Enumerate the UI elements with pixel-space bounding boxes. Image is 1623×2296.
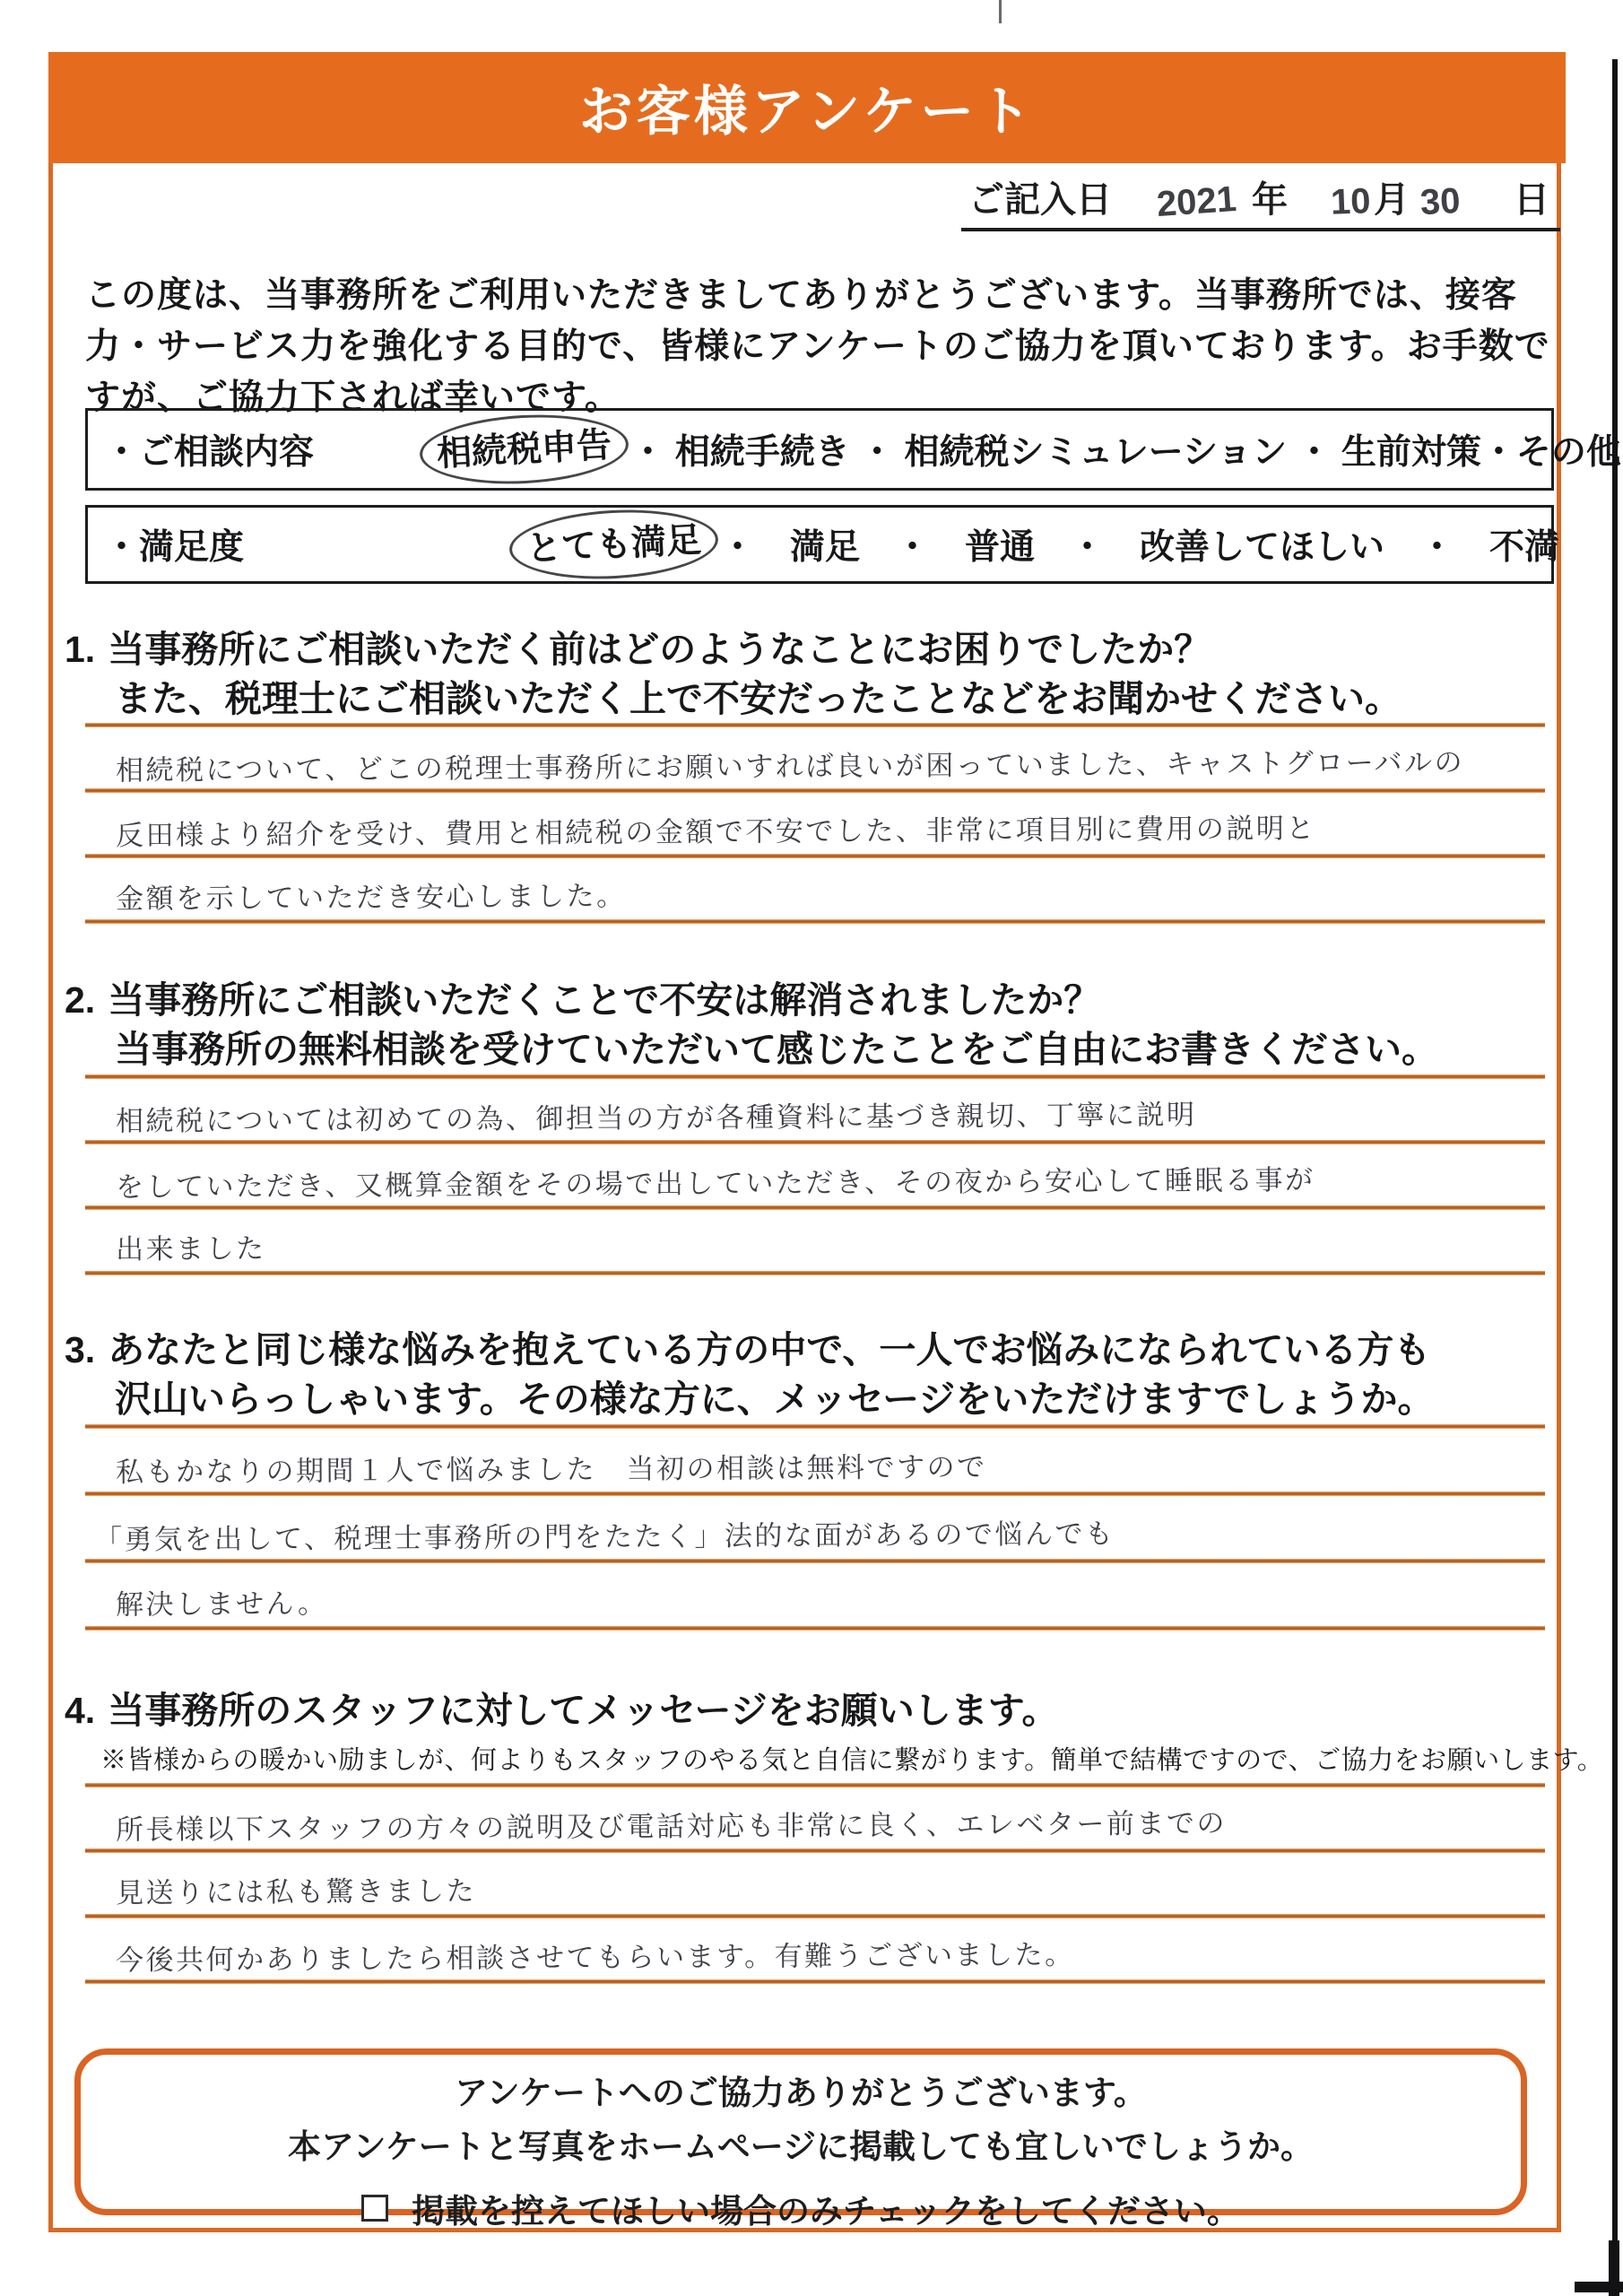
publish-optout-checkbox[interactable] — [361, 2195, 388, 2222]
answer-row: 反田様より紹介を受け、費用と相続税の金額で不安でした、非常に項目別に費用の説明と — [85, 793, 1545, 858]
publish-optout-label: 掲載を控えてほしい場合のみチェックをしてください。 — [412, 2184, 1240, 2232]
consultation-options: 相続税申告 ・ 相続手続き ・ 相続税シミュレーション ・ 生前対策・その他 — [420, 422, 1621, 476]
answer-area-3: 私もかなりの期間１人で悩みました 当初の相談は無料ですので 「勇気を出して、税理… — [85, 1424, 1545, 1631]
answer-row: 解決しません。 — [85, 1563, 1545, 1631]
handwritten-answer: 相続税については初めての為、御担当の方が各種資料に基づき親切、丁寧に説明 — [116, 1091, 1197, 1138]
date-day-unit: 日 — [1514, 171, 1549, 222]
footer-publish-question: 本アンケートと写真をホームページに掲載しても宜しいでしょうか。 — [81, 2119, 1521, 2168]
question-2-line2: 当事務所の無料相談を受けていただいて感じたことをご自由にお書きください。 — [65, 1025, 1438, 1074]
question-1: 1.当事務所にご相談いただく前はどのようなことにお困りでしたか？ また、税理士に… — [65, 625, 1402, 724]
question-4-note: ※皆様からの暖かい励ましが、何よりもスタッフのやる気と自信に繋がります。簡単で結… — [100, 1740, 1603, 1777]
question-2-number: 2. — [65, 976, 95, 1025]
satisfaction-box: ・満足度 とても満足 ・ 満足 ・ 普通 ・ 改善してほしい ・ 不満 — [85, 505, 1554, 584]
question-3-number: 3. — [65, 1326, 95, 1375]
answer-area-4: 所長様以下スタッフの方々の説明及び電話対応も非常に良く、エレベター前までの 見送… — [85, 1783, 1545, 1984]
answer-row: 所長様以下スタッフの方々の説明及び電話対応も非常に良く、エレベター前までの — [85, 1787, 1545, 1853]
handwritten-answer: 反田様より紹介を受け、費用と相続税の金額で不安でした、非常に項目別に費用の説明と — [116, 805, 1316, 853]
survey-scan-page: お客様アンケート ご記入日 2021 年 10 月 30 日 この度は、当事務所… — [0, 0, 1623, 2296]
consultation-other-options: ・ 相続手続き ・ 相続税シミュレーション ・ 生前対策・その他 — [630, 424, 1621, 474]
consultation-selected-circled: 相続税申告 — [418, 410, 630, 489]
answer-row: 見送りには私も驚きました — [85, 1853, 1545, 1918]
satisfaction-selected-circled: とても満足 — [508, 505, 720, 584]
handwritten-answer: 相続税について、どこの税理士事務所にお願いすれば良いが困っていました、キャストグ… — [116, 739, 1464, 787]
satisfaction-label: ・満足度 — [88, 519, 509, 570]
consultation-label: ・ご相談内容 — [88, 424, 420, 474]
question-3-line1: あなたと同じ様な悩みを抱えている方の中で、一人でお悩みになられている方も — [108, 1329, 1430, 1370]
date-year-handwritten: 2021 — [1156, 179, 1238, 225]
footer-consent-box: アンケートへのご協力ありがとうございます。 本アンケートと写真をホームページに掲… — [74, 2048, 1527, 2215]
handwritten-answer: 出来ました — [116, 1225, 266, 1266]
scan-edge-artifact — [999, 0, 1002, 23]
handwritten-answer: 見送りには私も驚きました — [116, 1868, 476, 1910]
answer-row: 私もかなりの期間１人で悩みました 当初の相談は無料ですので — [85, 1429, 1545, 1496]
answer-row: 今後共何かありましたら相談させてもらいます。有難うございました。 — [85, 1918, 1545, 1984]
handwritten-answer: をしていただき、又概算金額をその場で出していただき、その夜から安心して睡眠る事が — [116, 1157, 1315, 1205]
header-banner: お客様アンケート — [48, 52, 1566, 163]
question-3-line2: 沢山いらっしゃいます。その様な方に、メッセージをいただけますでしょうか。 — [65, 1375, 1435, 1424]
question-2: 2.当事務所にご相談いただくことで不安は解消されましたか？ 当事務所の無料相談を… — [65, 976, 1438, 1074]
footer-checkbox-row: 掲載を控えてほしい場合のみチェックをしてください。 — [81, 2184, 1521, 2232]
question-3: 3.あなたと同じ様な悩みを抱えている方の中で、一人でお悩みになられている方も 沢… — [65, 1326, 1435, 1424]
question-2-line1: 当事務所にご相談いただくことで不安は解消されましたか？ — [108, 979, 1100, 1021]
handwritten-answer: 今後共何かありましたら相談させてもらいます。有難うございました。 — [116, 1932, 1075, 1979]
date-year-unit: 年 — [1252, 171, 1288, 222]
answer-row: 金額を示していただき安心しました。 — [85, 858, 1545, 924]
answer-area-2: 相続税については初めての為、御担当の方が各種資料に基づき親切、丁寧に説明 をして… — [85, 1074, 1545, 1275]
handwritten-answer: 所長様以下スタッフの方々の説明及び電話対応も非常に良く、エレベター前までの — [116, 1800, 1227, 1848]
handwritten-answer: 私もかなりの期間１人で悩みました 当初の相談は無料ですので — [116, 1444, 987, 1490]
date-label: ご記入日 — [968, 171, 1112, 222]
answer-row: 「勇気を出して、税理士事務所の門をたたく」法的な面があるので悩んでも — [85, 1496, 1545, 1563]
handwritten-answer: 金額を示していただき安心しました。 — [116, 873, 627, 916]
answer-row: 相続税については初めての為、御担当の方が各種資料に基づき親切、丁寧に説明 — [85, 1079, 1545, 1144]
answer-area-1: 相続税について、どこの税理士事務所にお願いすれば良いが困っていました、キャストグ… — [85, 723, 1545, 924]
page-title: お客様アンケート — [579, 69, 1035, 146]
scan-edge-artifact — [1612, 59, 1618, 2296]
satisfaction-options: とても満足 ・ 満足 ・ 普通 ・ 改善してほしい ・ 不満 — [509, 517, 1559, 571]
date-line: ご記入日 2021 年 10 月 30 日 — [961, 176, 1560, 231]
question-4-number: 4. — [65, 1686, 95, 1735]
scan-edge-artifact — [1609, 2240, 1619, 2296]
date-month-unit: 月 — [1374, 171, 1410, 222]
handwritten-answer: 「勇気を出して、税理士事務所の門をたたく」法的な面があるので悩んでも — [94, 1511, 1115, 1558]
answer-row: 出来ました — [85, 1210, 1545, 1275]
date-day-handwritten: 30 — [1419, 181, 1462, 223]
question-4: 4.当事務所のスタッフに対してメッセージをお願いします。 — [65, 1686, 1058, 1735]
date-month-handwritten: 10 — [1330, 181, 1371, 223]
consultation-type-box: ・ご相談内容 相続税申告 ・ 相続手続き ・ 相続税シミュレーション ・ 生前対… — [85, 408, 1554, 491]
intro-text: この度は、当事務所をご利用いただきましてありがとうございます。当事務所では、接客… — [85, 270, 1563, 423]
answer-row: をしていただき、又概算金額をその場で出していただき、その夜から安心して睡眠る事が — [85, 1144, 1545, 1210]
footer-thanks-line: アンケートへのご協力ありがとうございます。 — [81, 2066, 1521, 2114]
question-4-line1: 当事務所のスタッフに対してメッセージをお願いします。 — [108, 1690, 1058, 1731]
question-1-number: 1. — [65, 625, 95, 674]
satisfaction-other-options: ・ 満足 ・ 普通 ・ 改善してほしい ・ 不満 — [720, 519, 1559, 570]
question-1-line1: 当事務所にご相談いただく前はどのようなことにお困りでしたか？ — [108, 629, 1211, 670]
answer-row: 相続税について、どこの税理士事務所にお願いすれば良いが困っていました、キャストグ… — [85, 727, 1545, 793]
question-1-line2: また、税理士にご相談いただく上で不安だったことなどをお聞かせください。 — [65, 674, 1402, 724]
handwritten-answer: 解決しません。 — [116, 1580, 328, 1622]
